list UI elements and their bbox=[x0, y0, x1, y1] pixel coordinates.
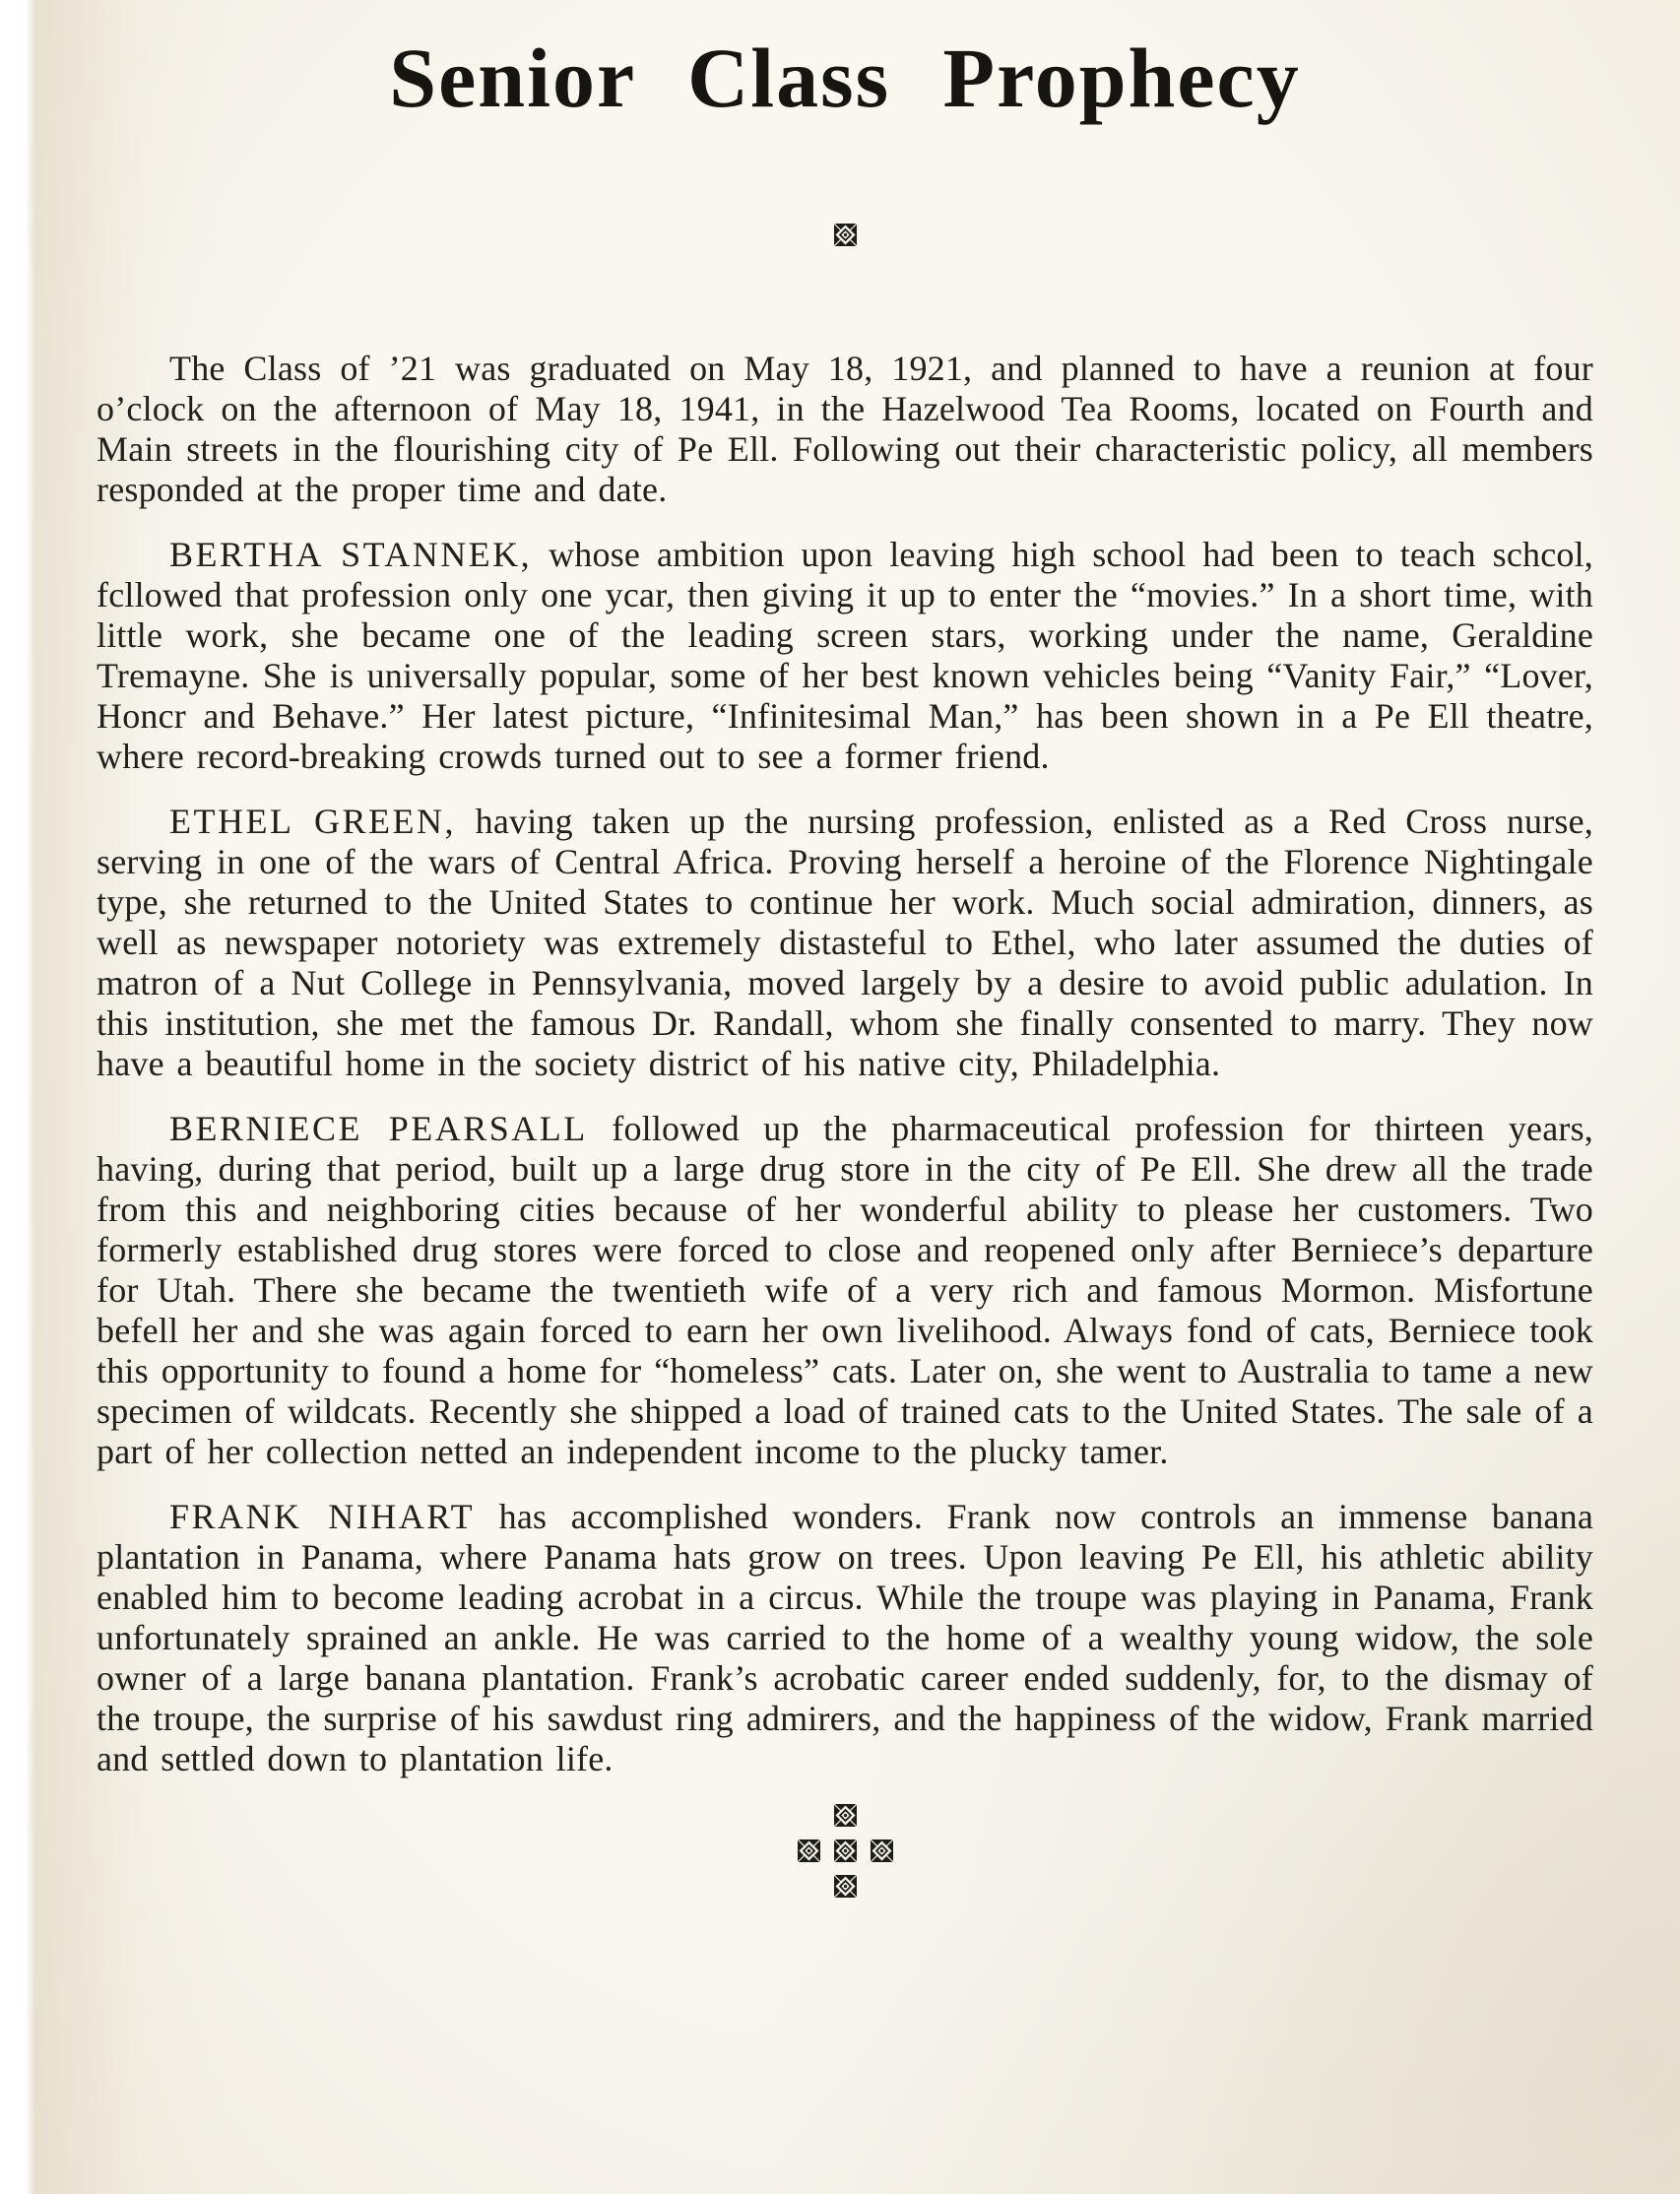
paragraph-body: followed up the pharmaceutical professio… bbox=[97, 1109, 1593, 1471]
ornament-cross-row-top bbox=[834, 1804, 857, 1827]
paragraph-body: has accomplished wonders. Frank now cont… bbox=[97, 1497, 1593, 1778]
paragraph-lead: BERTHA STANNEK, bbox=[169, 535, 532, 574]
fleuron-ornament-icon bbox=[871, 1839, 893, 1862]
fleuron-ornament-icon bbox=[834, 1804, 857, 1827]
fleuron-ornament-icon bbox=[834, 224, 857, 246]
paragraph-body: having taken up the nursing profession, … bbox=[97, 802, 1593, 1083]
ornament-bottom-cross bbox=[97, 1804, 1593, 1898]
paragraph-intro: The Class of ’21 was graduated on May 18… bbox=[97, 349, 1593, 510]
page-title: Senior Class Prophecy bbox=[97, 30, 1593, 127]
paragraph-ethel-green: ETHEL GREEN, having taken up the nursing… bbox=[97, 802, 1593, 1084]
fleuron-ornament-icon bbox=[834, 1875, 857, 1898]
ornament-cross-row-middle bbox=[798, 1839, 893, 1862]
fleuron-ornament-icon bbox=[834, 1839, 857, 1862]
ornament-cross-row-bottom bbox=[834, 1875, 857, 1898]
paragraph-lead: FRANK NIHART bbox=[169, 1497, 475, 1536]
paragraph-body: The Class of ’21 was graduated on May 18… bbox=[97, 349, 1593, 509]
fleuron-ornament-icon bbox=[798, 1839, 820, 1862]
ornament-top bbox=[97, 224, 1593, 246]
scanned-yearbook-page: Senior Class Prophecy The Class of ’21 w… bbox=[0, 0, 1680, 2194]
paragraph-frank-nihart: FRANK NIHART has accomplished wonders. F… bbox=[97, 1497, 1593, 1779]
prophecy-text-block: The Class of ’21 was graduated on May 18… bbox=[97, 349, 1593, 1779]
paragraph-bertha-stannek: BERTHA STANNEK, whose ambition upon leav… bbox=[97, 535, 1593, 777]
paragraph-berniece-pearsall: BERNIECE PEARSALL followed up the pharma… bbox=[97, 1109, 1593, 1472]
paragraph-lead: BERNIECE PEARSALL bbox=[169, 1109, 588, 1148]
paragraph-lead: ETHEL GREEN, bbox=[169, 802, 456, 841]
